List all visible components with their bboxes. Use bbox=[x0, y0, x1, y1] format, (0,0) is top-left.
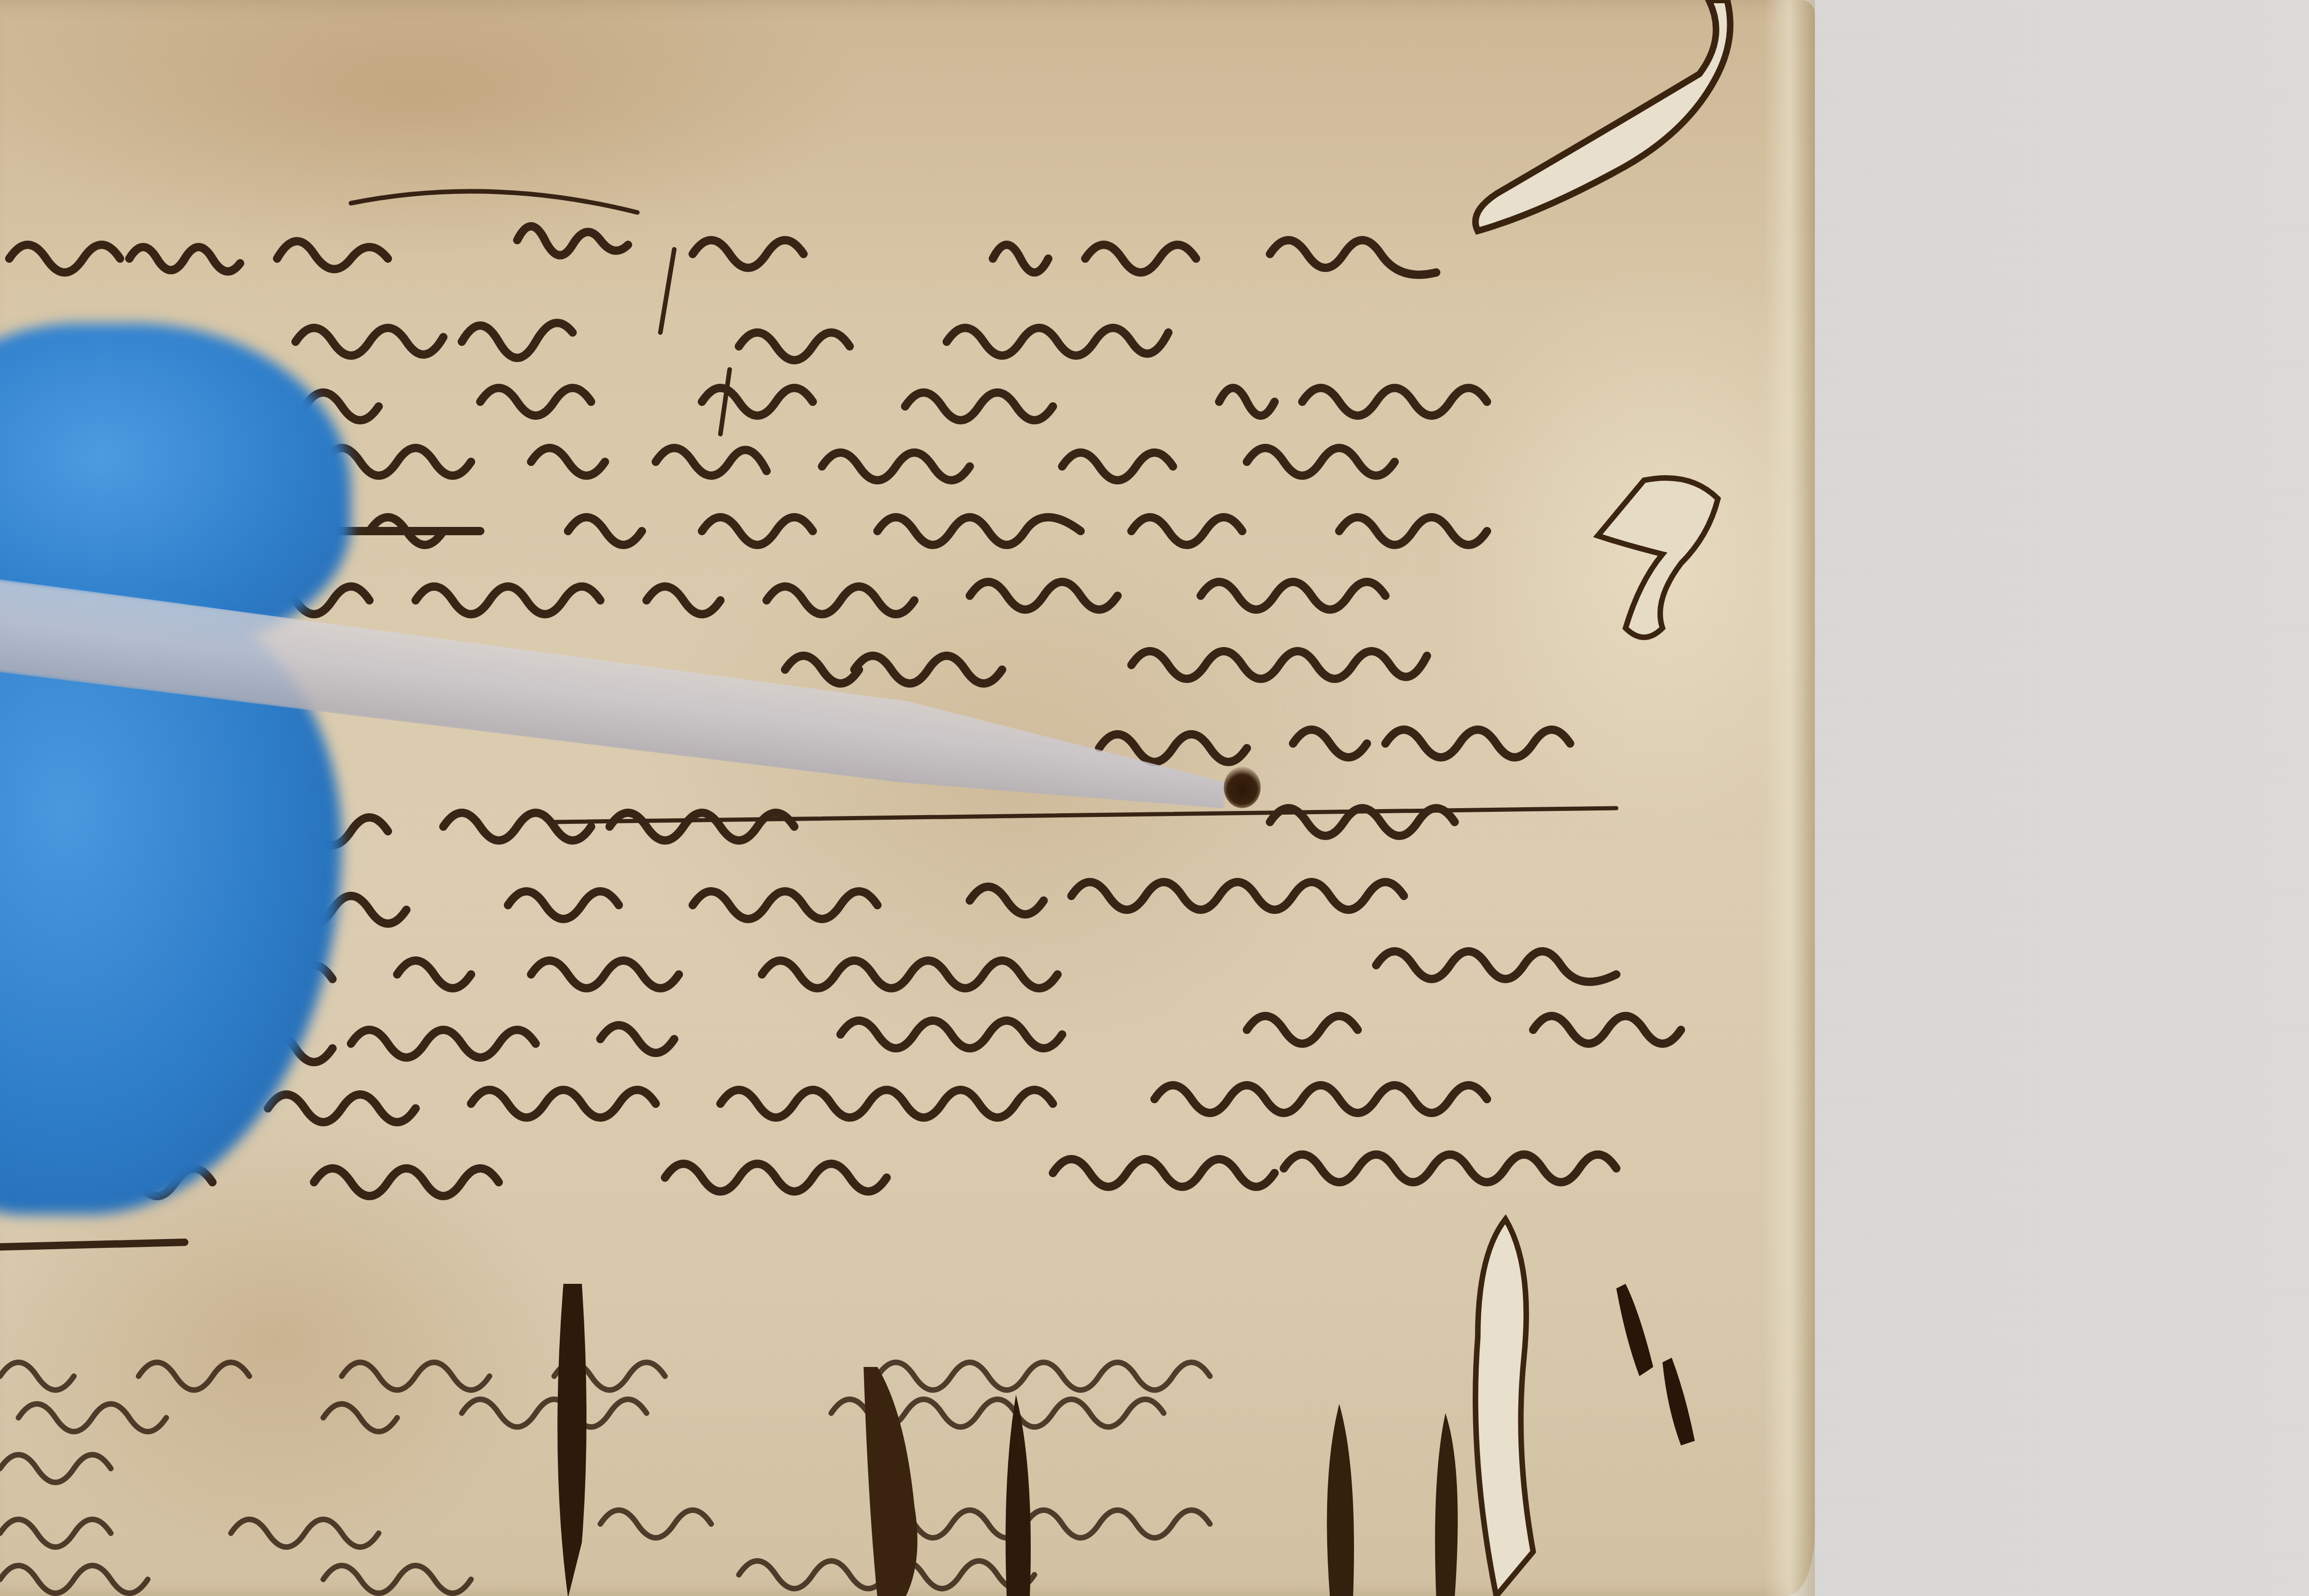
photo-scene: Close-up photograph of a damaged histori… bbox=[0, 0, 2309, 1596]
text-line bbox=[9, 191, 1436, 275]
pipette-droplet bbox=[1224, 767, 1261, 808]
